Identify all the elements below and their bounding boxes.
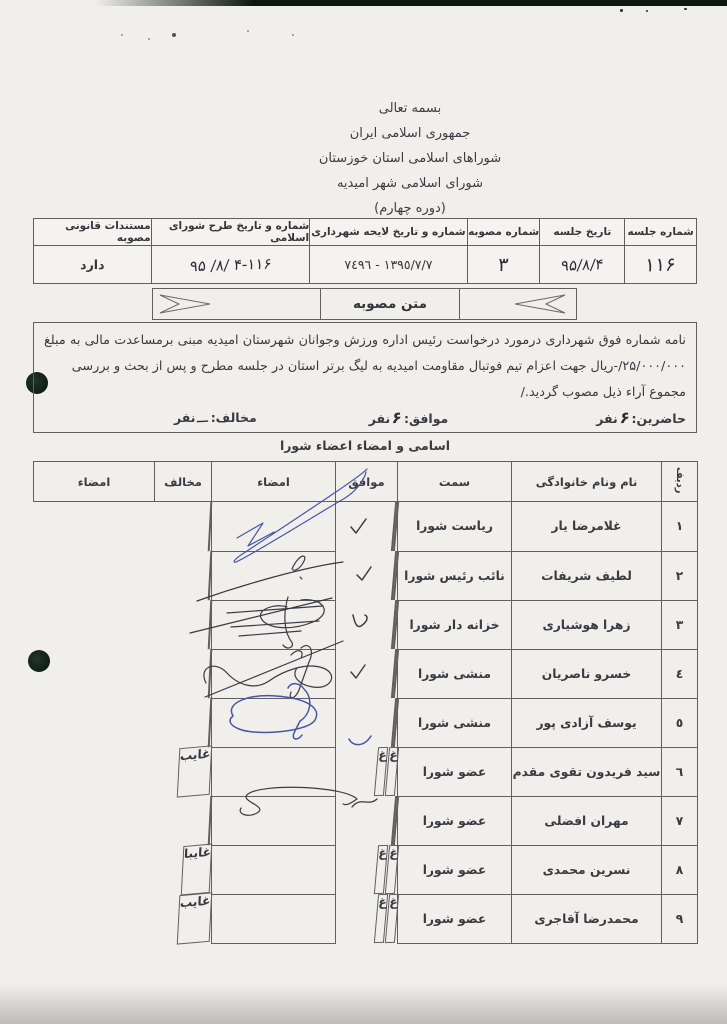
member-oppose-mark (212, 649, 336, 698)
col-header-signature: امضاء (212, 462, 336, 502)
member-name: غلامرضا یار (512, 502, 662, 552)
scan-speck (684, 8, 687, 10)
member-row: ۱ غلامرضا یار ریاست شورا (34, 502, 698, 552)
member-name: محمدرضا آقاجری (512, 894, 662, 943)
pen-speck (292, 34, 294, 36)
member-row: ۸ نسرین محمدی عضو شورا غ غ غایبا (34, 845, 698, 894)
members-header-row: ردیف نام ونام خانوادگی سمت موافق امضاء م… (34, 462, 698, 502)
vote-summary-row: حاضرین: ۶ نفر موافق: ۶ نفر مخالف: ـــ نف… (44, 406, 686, 431)
pen-speck (247, 30, 249, 32)
member-absent-note: غایبا (180, 844, 212, 896)
banner-title: متن مصوبه (321, 289, 459, 319)
oppose-unit: نفر (174, 406, 195, 430)
member-oppose-mark (212, 698, 336, 747)
member-oppose-mark (212, 747, 336, 796)
col-header-row-no: ردیف (662, 462, 698, 502)
oppose-label: مخالف: (211, 406, 257, 430)
member-no: ۱ (662, 502, 698, 552)
banner-left-cell (153, 289, 321, 319)
member-oppose-mark (212, 845, 336, 894)
member-name: نسرین محمدی (512, 845, 662, 894)
resolution-text-box: نامه شماره فوق شهرداری درمورد درخواست رئ… (33, 322, 697, 433)
member-row: ٦ سید فریدون تقوی مقدم عضو شورا غ غ غایب (34, 747, 698, 796)
member-position: عضو شورا (398, 894, 512, 943)
member-position: عضو شورا (398, 796, 512, 845)
col-header-position: سمت (398, 462, 512, 502)
member-row: ۳ زهرا هوشیاری خزانه دار شورا (34, 600, 698, 649)
info-col-plan-no-date: شماره و تاریخ طرح شورای اسلامی ۹۵ /۸/ ۴-… (151, 219, 310, 283)
resolution-no-label: شماره مصوبه (468, 219, 540, 246)
scan-speck (646, 10, 648, 12)
scan-bottom-shadow (0, 984, 727, 1024)
agree-unit: نفر (369, 407, 390, 431)
info-col-session-date: تاریخ جلسه ۹۵/۸/۴ (539, 219, 624, 283)
info-col-session-no: شماره جلسه ۱۱۶ (624, 219, 696, 283)
agree-count: موافق: ۶ نفر (369, 406, 449, 431)
member-no: ۷ (662, 796, 698, 845)
pen-speck (172, 33, 176, 37)
resolution-text-after-amount: ریال جهت اعزام تیم فوتبال مقاومت امیدیه … (72, 359, 614, 374)
session-no-value: ۱۱۶ (644, 253, 677, 276)
session-no-label: شماره جلسه (625, 219, 696, 246)
agree-label: موافق: (404, 407, 448, 431)
member-oppose-mark (212, 894, 336, 943)
member-name: مهران افضلی (512, 796, 662, 845)
present-count: حاضرین: ۶ نفر (596, 406, 686, 431)
session-info-table: شماره جلسه ۱۱۶ تاریخ جلسه ۹۵/۸/۴ شماره م… (33, 218, 697, 284)
member-no: ٤ (662, 649, 698, 698)
pen-speck (121, 34, 123, 36)
member-position: منشی شورا (398, 649, 512, 698)
member-oppose-mark (212, 551, 336, 600)
resolution-closing-line: مجموع آراء ذیل مصوب گردید./ (44, 380, 686, 406)
scan-edge-artifact (95, 0, 727, 6)
legal-docs-value: دارد (34, 246, 151, 283)
banner-arrow-left-icon (510, 292, 568, 316)
members-table: ردیف نام ونام خانوادگی سمت موافق امضاء م… (33, 461, 698, 944)
present-value: ۶ (619, 406, 631, 430)
header-line-basmala: بسمه تعالی (120, 96, 700, 121)
member-no: ۹ (662, 894, 698, 943)
member-row: ٤ خسرو ناصریان منشی شورا (34, 649, 698, 698)
member-absent-note: غایب (177, 745, 212, 797)
col-header-name: نام ونام خانوادگی (512, 462, 662, 502)
scanned-document-page: بسمه تعالی جمهوری اسلامی ایران شوراهای ا… (0, 0, 727, 1024)
col-header-agree: موافق (336, 462, 398, 502)
member-row: ۲ لطیف شریفات نائب رئیس شورا (34, 551, 698, 600)
resolution-body-text: نامه شماره فوق شهرداری درمورد درخواست رئ… (44, 328, 686, 380)
banner-arrow-right-icon (157, 292, 215, 316)
member-no: ٦ (662, 747, 698, 796)
members-table-title: اسامی و امضاء اعضاء شورا (33, 438, 697, 453)
member-no: ۸ (662, 845, 698, 894)
member-row: ۷ مهران افضلی عضو شورا (34, 796, 698, 845)
member-oppose-mark (212, 600, 336, 649)
session-date-value: ۹۵/۸/۴ (560, 255, 604, 274)
member-position: خزانه دار شورا (398, 600, 512, 649)
member-position: منشی شورا (398, 698, 512, 747)
member-position: ریاست شورا (398, 502, 512, 552)
member-name: لطیف شریفات (512, 551, 662, 600)
document-header: بسمه تعالی جمهوری اسلامی ایران شوراهای ا… (120, 96, 700, 221)
member-oppose-mark (212, 796, 336, 845)
member-absent-note: غایب (177, 892, 212, 944)
agree-value: ۶ (391, 406, 403, 430)
info-col-legal-docs: مستندات قانونی مصوبه دارد (34, 219, 151, 283)
banner-right-cell (459, 289, 572, 319)
resolution-no-value: ۳ (497, 253, 509, 275)
plan-no-date-label: شماره و تاریخ طرح شورای اسلامی (152, 219, 310, 246)
header-line-country: جمهوری اسلامی ایران (120, 121, 700, 146)
member-no: ۳ (662, 600, 698, 649)
oppose-value: ـــ (196, 407, 209, 431)
member-no: ٥ (662, 698, 698, 747)
info-col-resolution-no: شماره مصوبه ۳ (467, 219, 540, 283)
bill-no-date-label: شماره و تاریخ لایحه شهرداری (310, 219, 467, 246)
session-date-label: تاریخ جلسه (540, 219, 624, 246)
member-name: سید فریدون تقوی مقدم (512, 747, 662, 796)
member-position: عضو شورا (398, 747, 512, 796)
header-line-city-council: شورای اسلامی شهر امیدیه (120, 171, 700, 196)
member-oppose-mark (212, 502, 336, 552)
member-no: ۲ (662, 551, 698, 600)
present-label: حاضرین: (632, 407, 687, 431)
bill-no-date-value: ١٣٩٥/٧/٧ - ٧٤٩٦ (344, 257, 432, 272)
plan-no-date-value: ۹۵ /۸/ ۴-۱۱۶ (189, 254, 272, 275)
member-name: خسرو ناصریان (512, 649, 662, 698)
member-position: عضو شورا (398, 845, 512, 894)
present-unit: نفر (596, 407, 617, 431)
member-name: یوسف آزادی پور (512, 698, 662, 747)
legal-docs-label: مستندات قانونی مصوبه (34, 219, 151, 246)
member-row: ٥ یوسف آزادی پور منشی شورا (34, 698, 698, 747)
col-header-oppose: مخالف (155, 462, 212, 502)
scan-speck (620, 9, 623, 12)
resolution-amount: -/۲۵/۰۰۰/۰۰۰ (613, 359, 686, 374)
col-header-signature2: امضاء (34, 462, 155, 502)
member-position: نائب رئیس شورا (398, 551, 512, 600)
member-name: زهرا هوشیاری (512, 600, 662, 649)
header-line-province-councils: شوراهای اسلامی استان خوزستان (120, 146, 700, 171)
pen-speck (148, 38, 150, 40)
resolution-banner: متن مصوبه (152, 288, 577, 320)
info-col-bill-no-date: شماره و تاریخ لایحه شهرداری ١٣٩٥/٧/٧ - ٧… (309, 219, 467, 283)
resolution-text-before-amount: نامه شماره فوق شهرداری درمورد درخواست رئ… (44, 333, 686, 348)
oppose-count: مخالف: ـــ نفر (174, 406, 257, 431)
member-row: ۹ محمدرضا آقاجری عضو شورا غ غ غایب (34, 894, 698, 943)
